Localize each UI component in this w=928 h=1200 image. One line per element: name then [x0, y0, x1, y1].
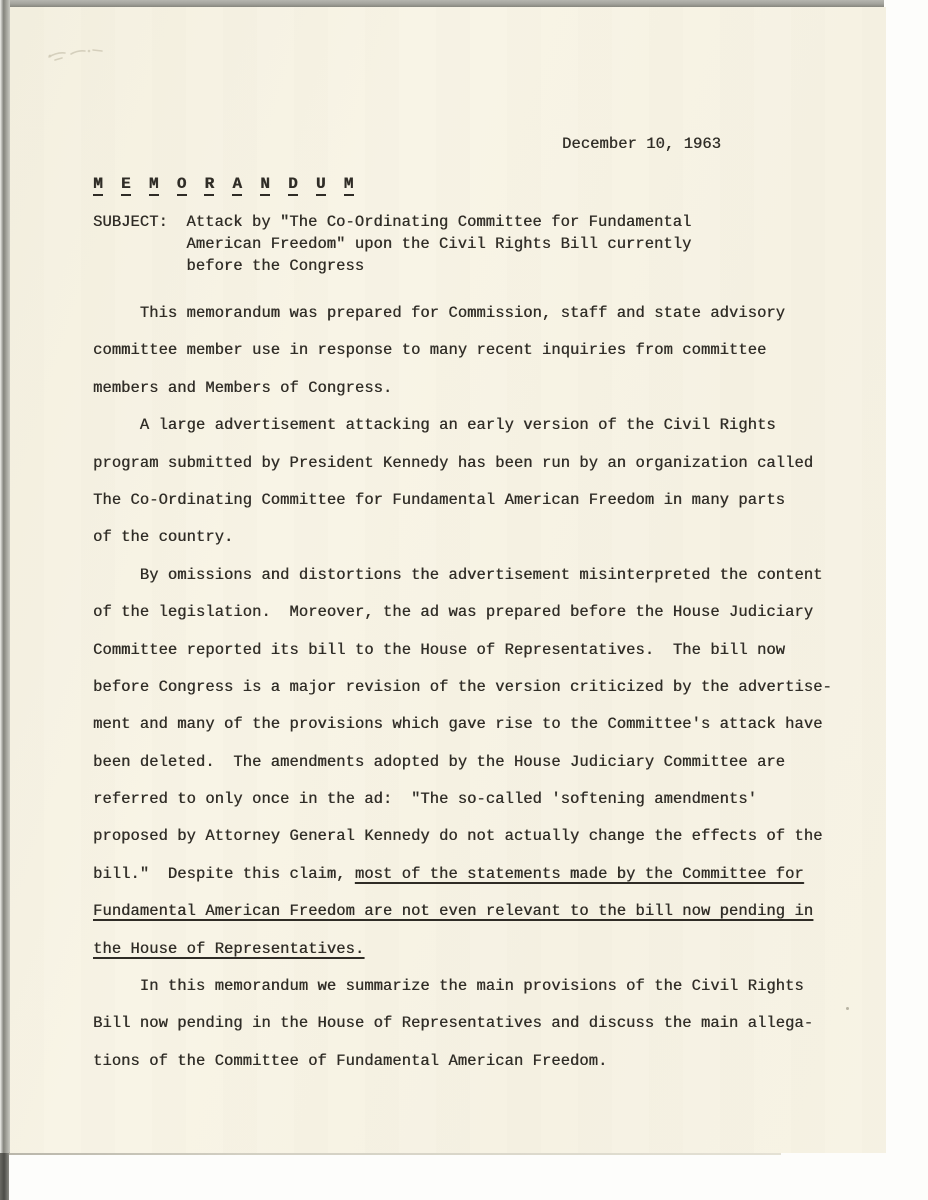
memo-title-letter: D	[288, 175, 298, 196]
body-line: of the legislation. Moreover, the ad was…	[93, 600, 865, 637]
memo-title-letter: M	[149, 175, 159, 196]
underlined-text: Fundamental American Freedom are not eve…	[93, 902, 813, 920]
ink-speck	[846, 1007, 849, 1010]
body-line: been deleted. The amendments adopted by …	[93, 750, 865, 787]
scanner-edge-left-lower	[0, 1153, 9, 1200]
memo-title-letter: M	[344, 175, 354, 196]
body-line-underlined: Fundamental American Freedom are not eve…	[93, 899, 865, 936]
body-line: A large advertisement attacking an early…	[93, 413, 865, 450]
memo-title: M E M O R A N D U M	[93, 175, 362, 196]
body-line: of the country.	[93, 525, 865, 562]
body-line: proposed by Attorney General Kennedy do …	[93, 824, 865, 861]
memo-date: December 10, 1963	[562, 135, 721, 153]
underlined-text: most of the statements made by the Commi…	[355, 865, 804, 883]
scanned-page: December 10, 1963 M E M O R A N D U M SU…	[0, 0, 928, 1200]
scanner-edge-top	[0, 0, 884, 7]
body-line: ment and many of the provisions which ga…	[93, 712, 865, 749]
memo-paper: December 10, 1963 M E M O R A N D U M SU…	[10, 7, 886, 1153]
body-line: before Congress is a major revision of t…	[93, 675, 865, 712]
memo-title-letter: R	[204, 175, 214, 196]
body-line: This memorandum was prepared for Commiss…	[93, 301, 865, 338]
memo-title-letter: U	[316, 175, 326, 196]
body-line: The Co-Ordinating Committee for Fundamen…	[93, 488, 865, 525]
body-line: tions of the Committee of Fundamental Am…	[93, 1049, 865, 1086]
subject-line: American Freedom" upon the Civil Rights …	[186, 233, 691, 255]
subject-block: SUBJECT: Attack by "The Co-Ordinating Co…	[93, 211, 691, 277]
body-line: By omissions and distortions the adverti…	[93, 563, 865, 600]
subject-line: Attack by "The Co-Ordinating Committee f…	[186, 211, 691, 233]
body-line-underline-start: bill." Despite this claim, most of the s…	[93, 862, 865, 899]
memo-title-letter: E	[121, 175, 131, 196]
body-line: In this memorandum we summarize the main…	[93, 974, 865, 1011]
memo-title-letter: N	[260, 175, 270, 196]
pencil-mark	[43, 41, 127, 69]
subject-text: Attack by "The Co-Ordinating Committee f…	[186, 211, 691, 277]
scanner-edge-left	[0, 0, 10, 1154]
memo-title-letter: M	[93, 175, 103, 196]
body-line: program submitted by President Kennedy h…	[93, 451, 865, 488]
memo-title-letter: O	[177, 175, 187, 196]
body-line: members and Members of Congress.	[93, 376, 865, 413]
underlined-text: the House of Representatives.	[93, 940, 364, 958]
body-line: Committee reported its bill to the House…	[93, 638, 865, 675]
body-line-underlined: the House of Representatives.	[93, 937, 865, 974]
memo-body: This memorandum was prepared for Commiss…	[93, 301, 865, 1086]
subject-label: SUBJECT:	[93, 211, 168, 233]
body-line: Bill now pending in the House of Represe…	[93, 1011, 865, 1048]
subject-line: before the Congress	[186, 255, 691, 277]
memo-title-letter: A	[232, 175, 242, 196]
body-line: committee member use in response to many…	[93, 338, 865, 375]
body-line: referred to only once in the ad: "The so…	[93, 787, 865, 824]
